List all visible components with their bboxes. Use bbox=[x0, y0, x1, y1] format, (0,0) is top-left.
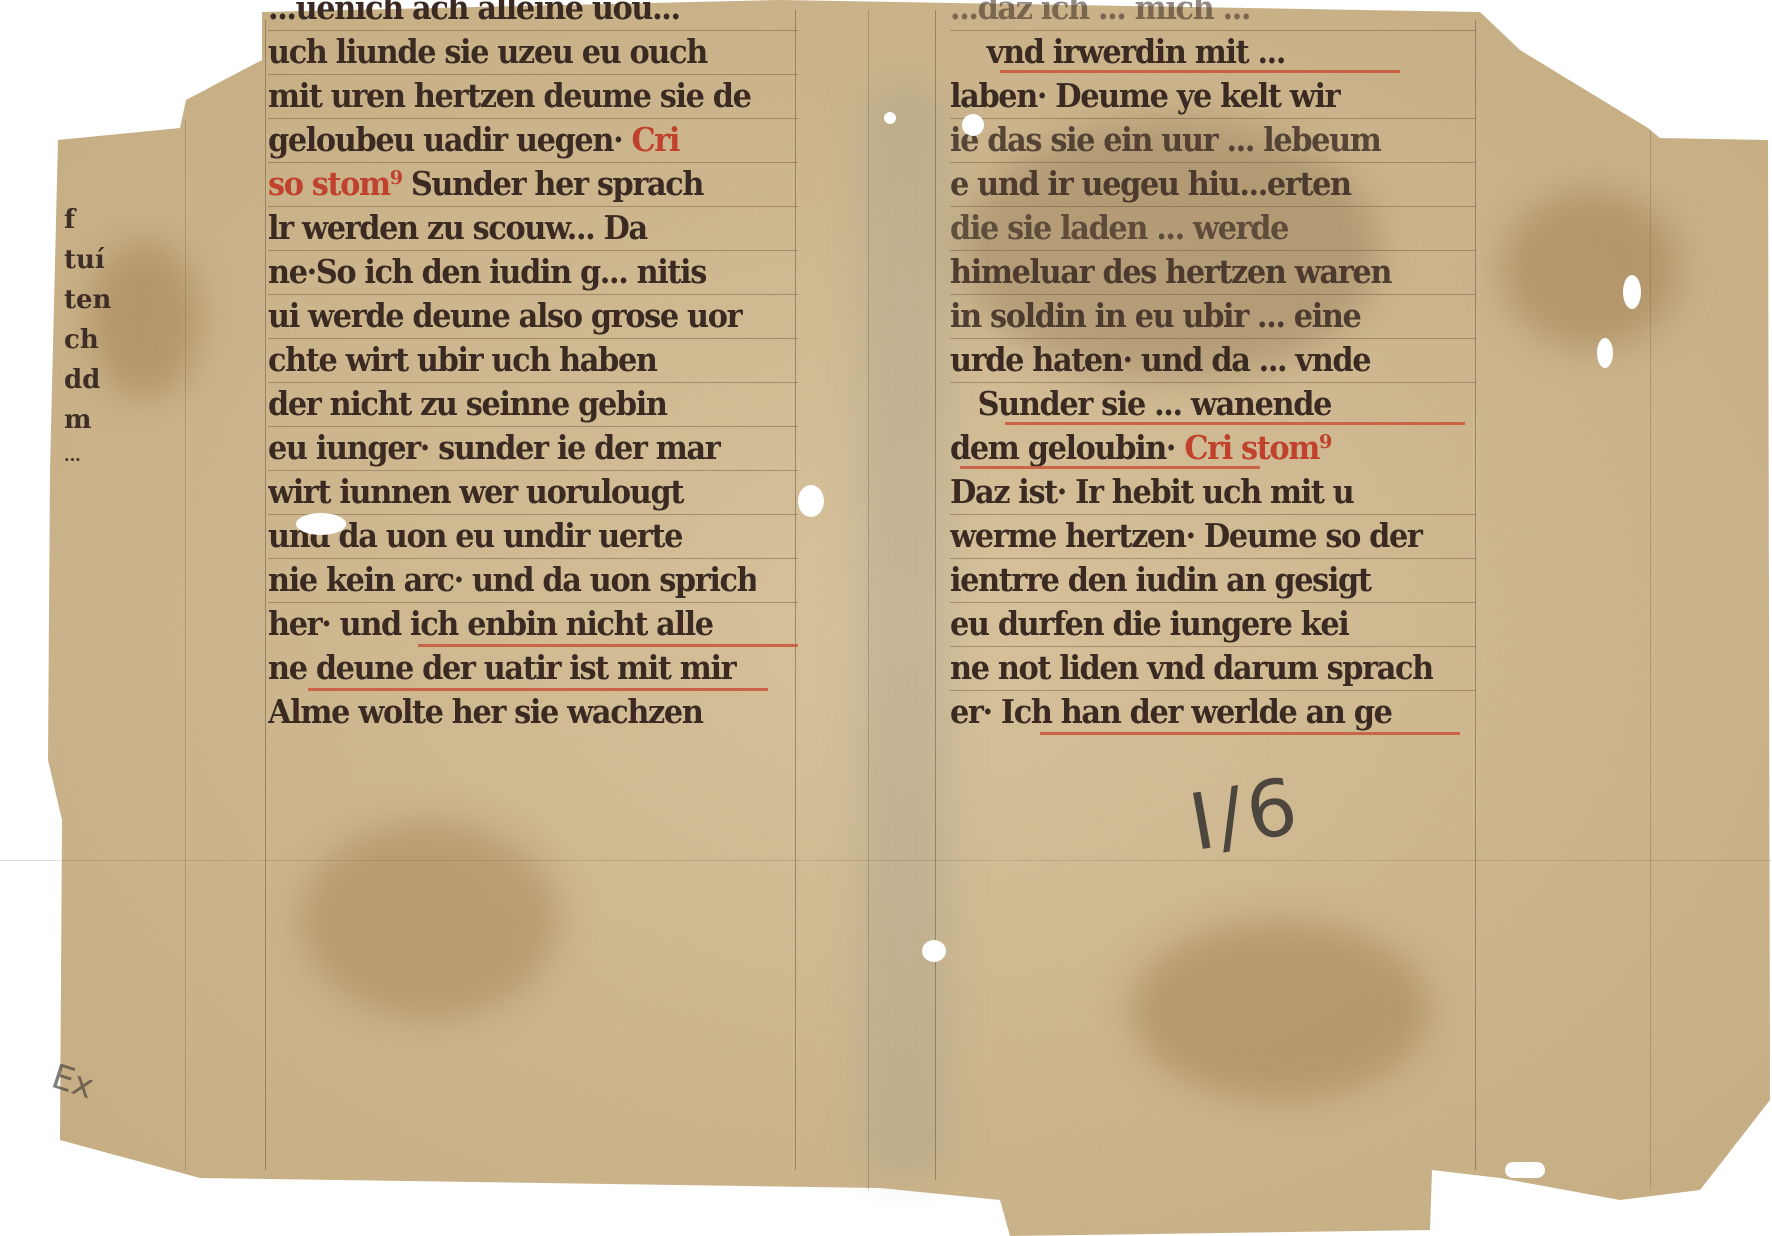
text-line: ne·So ich den iudin g... nitis bbox=[268, 250, 756, 294]
parchment-hole bbox=[962, 114, 984, 136]
text-line: chte wirt ubir uch haben bbox=[268, 338, 756, 382]
text-line: ...uenich ach alleine uou... bbox=[268, 0, 756, 30]
text-line: wirt iunnen wer uorulougt bbox=[268, 470, 756, 514]
margin-line: m bbox=[64, 400, 104, 440]
text-line: in soldin in eu ubir ... eine bbox=[950, 294, 1433, 338]
text-line: lr werden zu scouw... Da bbox=[268, 206, 756, 250]
text-line: eu durfen die iungere kei bbox=[950, 602, 1433, 646]
text-line: er· Ich han der werlde an ge bbox=[950, 690, 1433, 734]
water-stain bbox=[1130, 920, 1430, 1100]
text-line: Sunder sie ... wanende bbox=[950, 382, 1433, 426]
water-stain bbox=[1500, 190, 1680, 350]
parchment-hole bbox=[798, 485, 824, 517]
text-line: ie das sie ein uur ... lebeum bbox=[950, 118, 1433, 162]
text-line: nie kein arc· und da uon sprich bbox=[268, 558, 756, 602]
right-text-column: ...daz ich ... mich ... vnd irwerdin mit… bbox=[950, 0, 1475, 706]
text-line: ...daz ich ... mich ... bbox=[950, 0, 1433, 30]
fold-line bbox=[1650, 130, 1651, 1190]
margin-line: ten bbox=[64, 280, 104, 320]
ruling-line bbox=[265, 20, 266, 1170]
text-line: geloubeu uadir uegen· Cri bbox=[268, 118, 756, 162]
text-line: e und ir uegeu hiu...erten bbox=[950, 162, 1433, 206]
rubric-text: Cri stom⁹ bbox=[1184, 428, 1331, 467]
margin-line: ··· bbox=[64, 440, 104, 480]
margin-line: dd bbox=[64, 360, 104, 400]
text-line: ientrre den iudin an gesigt bbox=[950, 558, 1433, 602]
text-line: urde haten· und da ... vnde bbox=[950, 338, 1433, 382]
parchment-hole bbox=[296, 513, 346, 535]
parchment-hole bbox=[1505, 1162, 1545, 1178]
fold-line bbox=[868, 10, 869, 1190]
rubric-text: so stom⁹ bbox=[268, 164, 402, 203]
text-line: himeluar des hertzen waren bbox=[950, 250, 1433, 294]
ruling-line bbox=[1475, 20, 1476, 1170]
left-text-column: ...uenich ach alleine uou... uch liunde … bbox=[268, 0, 798, 706]
ruling-line bbox=[935, 10, 936, 1180]
manuscript-image: f tuí ten ch dd m ··· ...uenich ach alle… bbox=[0, 0, 1772, 1236]
fold-line bbox=[185, 120, 186, 1170]
parchment-hole bbox=[1597, 338, 1613, 368]
margin-line: f bbox=[64, 200, 104, 240]
text-line: mit uren hertzen deume sie de bbox=[268, 74, 756, 118]
text-line: her· und ich enbin nicht alle bbox=[268, 602, 756, 646]
pencil-shelfmark: I/6 bbox=[1183, 761, 1308, 869]
text-line: werme hertzen· Deume so der bbox=[950, 514, 1433, 558]
water-stain bbox=[90, 240, 200, 400]
text-line: so stom⁹ Sunder her sprach bbox=[268, 162, 756, 206]
text-line: die sie laden ... werde bbox=[950, 206, 1433, 250]
parchment-hole bbox=[922, 940, 946, 962]
rubric-underline bbox=[1000, 70, 1400, 73]
ruling-line bbox=[0, 860, 1772, 861]
rubric-underline bbox=[1005, 422, 1465, 425]
margin-line: tuí bbox=[64, 240, 104, 280]
parchment-hole bbox=[1623, 275, 1641, 309]
text-line: ne deune der uatir ist mit mir bbox=[268, 646, 756, 690]
text-line: Alme wolte her sie wachzen bbox=[268, 690, 756, 734]
text-line: vnd irwerdin mit ... bbox=[950, 30, 1433, 74]
water-stain bbox=[860, 80, 950, 1180]
text-line: dem geloubin· Cri stom⁹ bbox=[950, 426, 1433, 470]
margin-line: ch bbox=[64, 320, 104, 360]
rubric-underline bbox=[1040, 732, 1460, 735]
text-line: eu iunger· sunder ie der mar bbox=[268, 426, 756, 470]
parchment-hole bbox=[884, 112, 896, 124]
water-stain bbox=[300, 820, 560, 1020]
text-line: ui werde deune also grose uor bbox=[268, 294, 756, 338]
text-line: Daz ist· Ir hebit uch mit u bbox=[950, 470, 1433, 514]
text-line: ne not liden vnd darum sprach bbox=[950, 646, 1433, 690]
text-line: uch liunde sie uzeu eu ouch bbox=[268, 30, 756, 74]
rubric-text: Cri bbox=[631, 120, 679, 159]
rubric-underline bbox=[960, 466, 1260, 469]
text-line: der nicht zu seinne gebin bbox=[268, 382, 756, 426]
margin-fragment-text: f tuí ten ch dd m ··· bbox=[64, 200, 104, 480]
text-line: laben· Deume ye kelt wir bbox=[950, 74, 1433, 118]
